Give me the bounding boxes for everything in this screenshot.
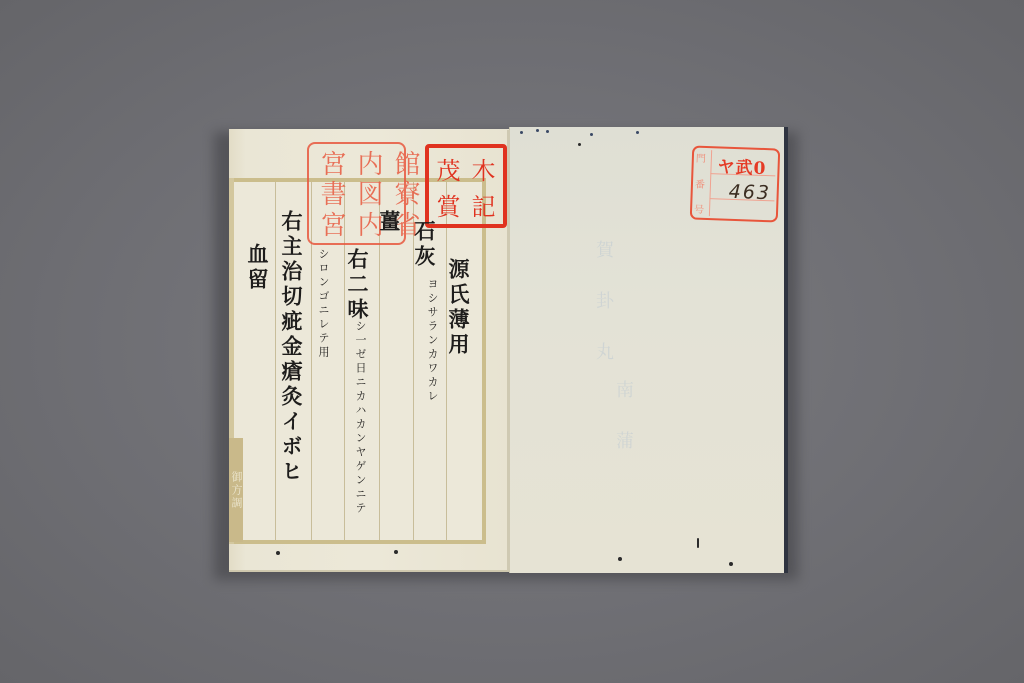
seal-char: 書	[313, 178, 350, 208]
ruling-line	[446, 182, 447, 540]
ink-mark	[697, 538, 699, 548]
seal-char: 内	[350, 148, 387, 178]
furigana-column: シロンゴニレテ用	[318, 248, 329, 360]
binding-hole	[729, 562, 733, 566]
worm-hole	[590, 133, 593, 136]
open-booklet: 賀 卦 丸 南 蒲 御方調 宮 内 館 書 図 寮 宮 内 省 茂 木 賞 記 …	[0, 0, 1024, 683]
seal-char: 賞	[431, 186, 466, 222]
binding-hole	[276, 551, 280, 555]
binding-hole	[618, 557, 622, 561]
catalog-side-labels: 門 番 号	[694, 150, 712, 217]
worm-hole	[546, 130, 549, 133]
seal-char: 記	[466, 186, 501, 222]
catalog-side-label: 番	[695, 175, 711, 191]
text-column: 薑	[379, 210, 400, 235]
seal-char: 宮	[313, 148, 350, 178]
worm-hole	[536, 129, 539, 132]
binding-hole	[394, 550, 398, 554]
furigana-column: ヨシサランカワカレ	[427, 278, 438, 404]
seal-char: 寮	[387, 178, 424, 208]
text-column: 右主治切疵金瘡灸イボヒ	[281, 210, 302, 485]
catalog-header: ヤ武0	[717, 152, 767, 179]
text-column: 右二味	[347, 248, 368, 323]
furigana-column: シ一ゼ日ニカハカンヤゲンニテ	[355, 320, 366, 516]
worm-hole	[520, 131, 523, 134]
seal-char: 茂	[431, 150, 466, 186]
book-spine	[507, 130, 510, 572]
seal-char: 図	[350, 178, 387, 208]
text-column: 血留	[247, 243, 268, 293]
ruling-line	[275, 182, 276, 540]
bleed-through-text: 賀 卦 丸	[590, 240, 616, 366]
text-column: 源氏薄用	[448, 258, 469, 358]
catalog-side-label: 門	[696, 150, 712, 166]
bleed-through-text: 南 蒲	[610, 380, 636, 455]
worm-hole	[636, 131, 639, 134]
seal-char: 木	[466, 150, 501, 186]
ink-mark	[578, 143, 581, 146]
red-collector-seal: 茂 木 賞 記	[425, 144, 507, 228]
seal-char: 館	[387, 148, 424, 178]
catalog-number: 463	[728, 181, 771, 204]
catalog-number-stamp: 門 番 号 ヤ武0 463	[690, 145, 781, 222]
catalog-side-label: 号	[694, 201, 710, 217]
slip-tab: 御方調	[229, 438, 243, 542]
text-column: 石灰	[414, 220, 435, 270]
seal-char: 宮	[313, 209, 350, 239]
